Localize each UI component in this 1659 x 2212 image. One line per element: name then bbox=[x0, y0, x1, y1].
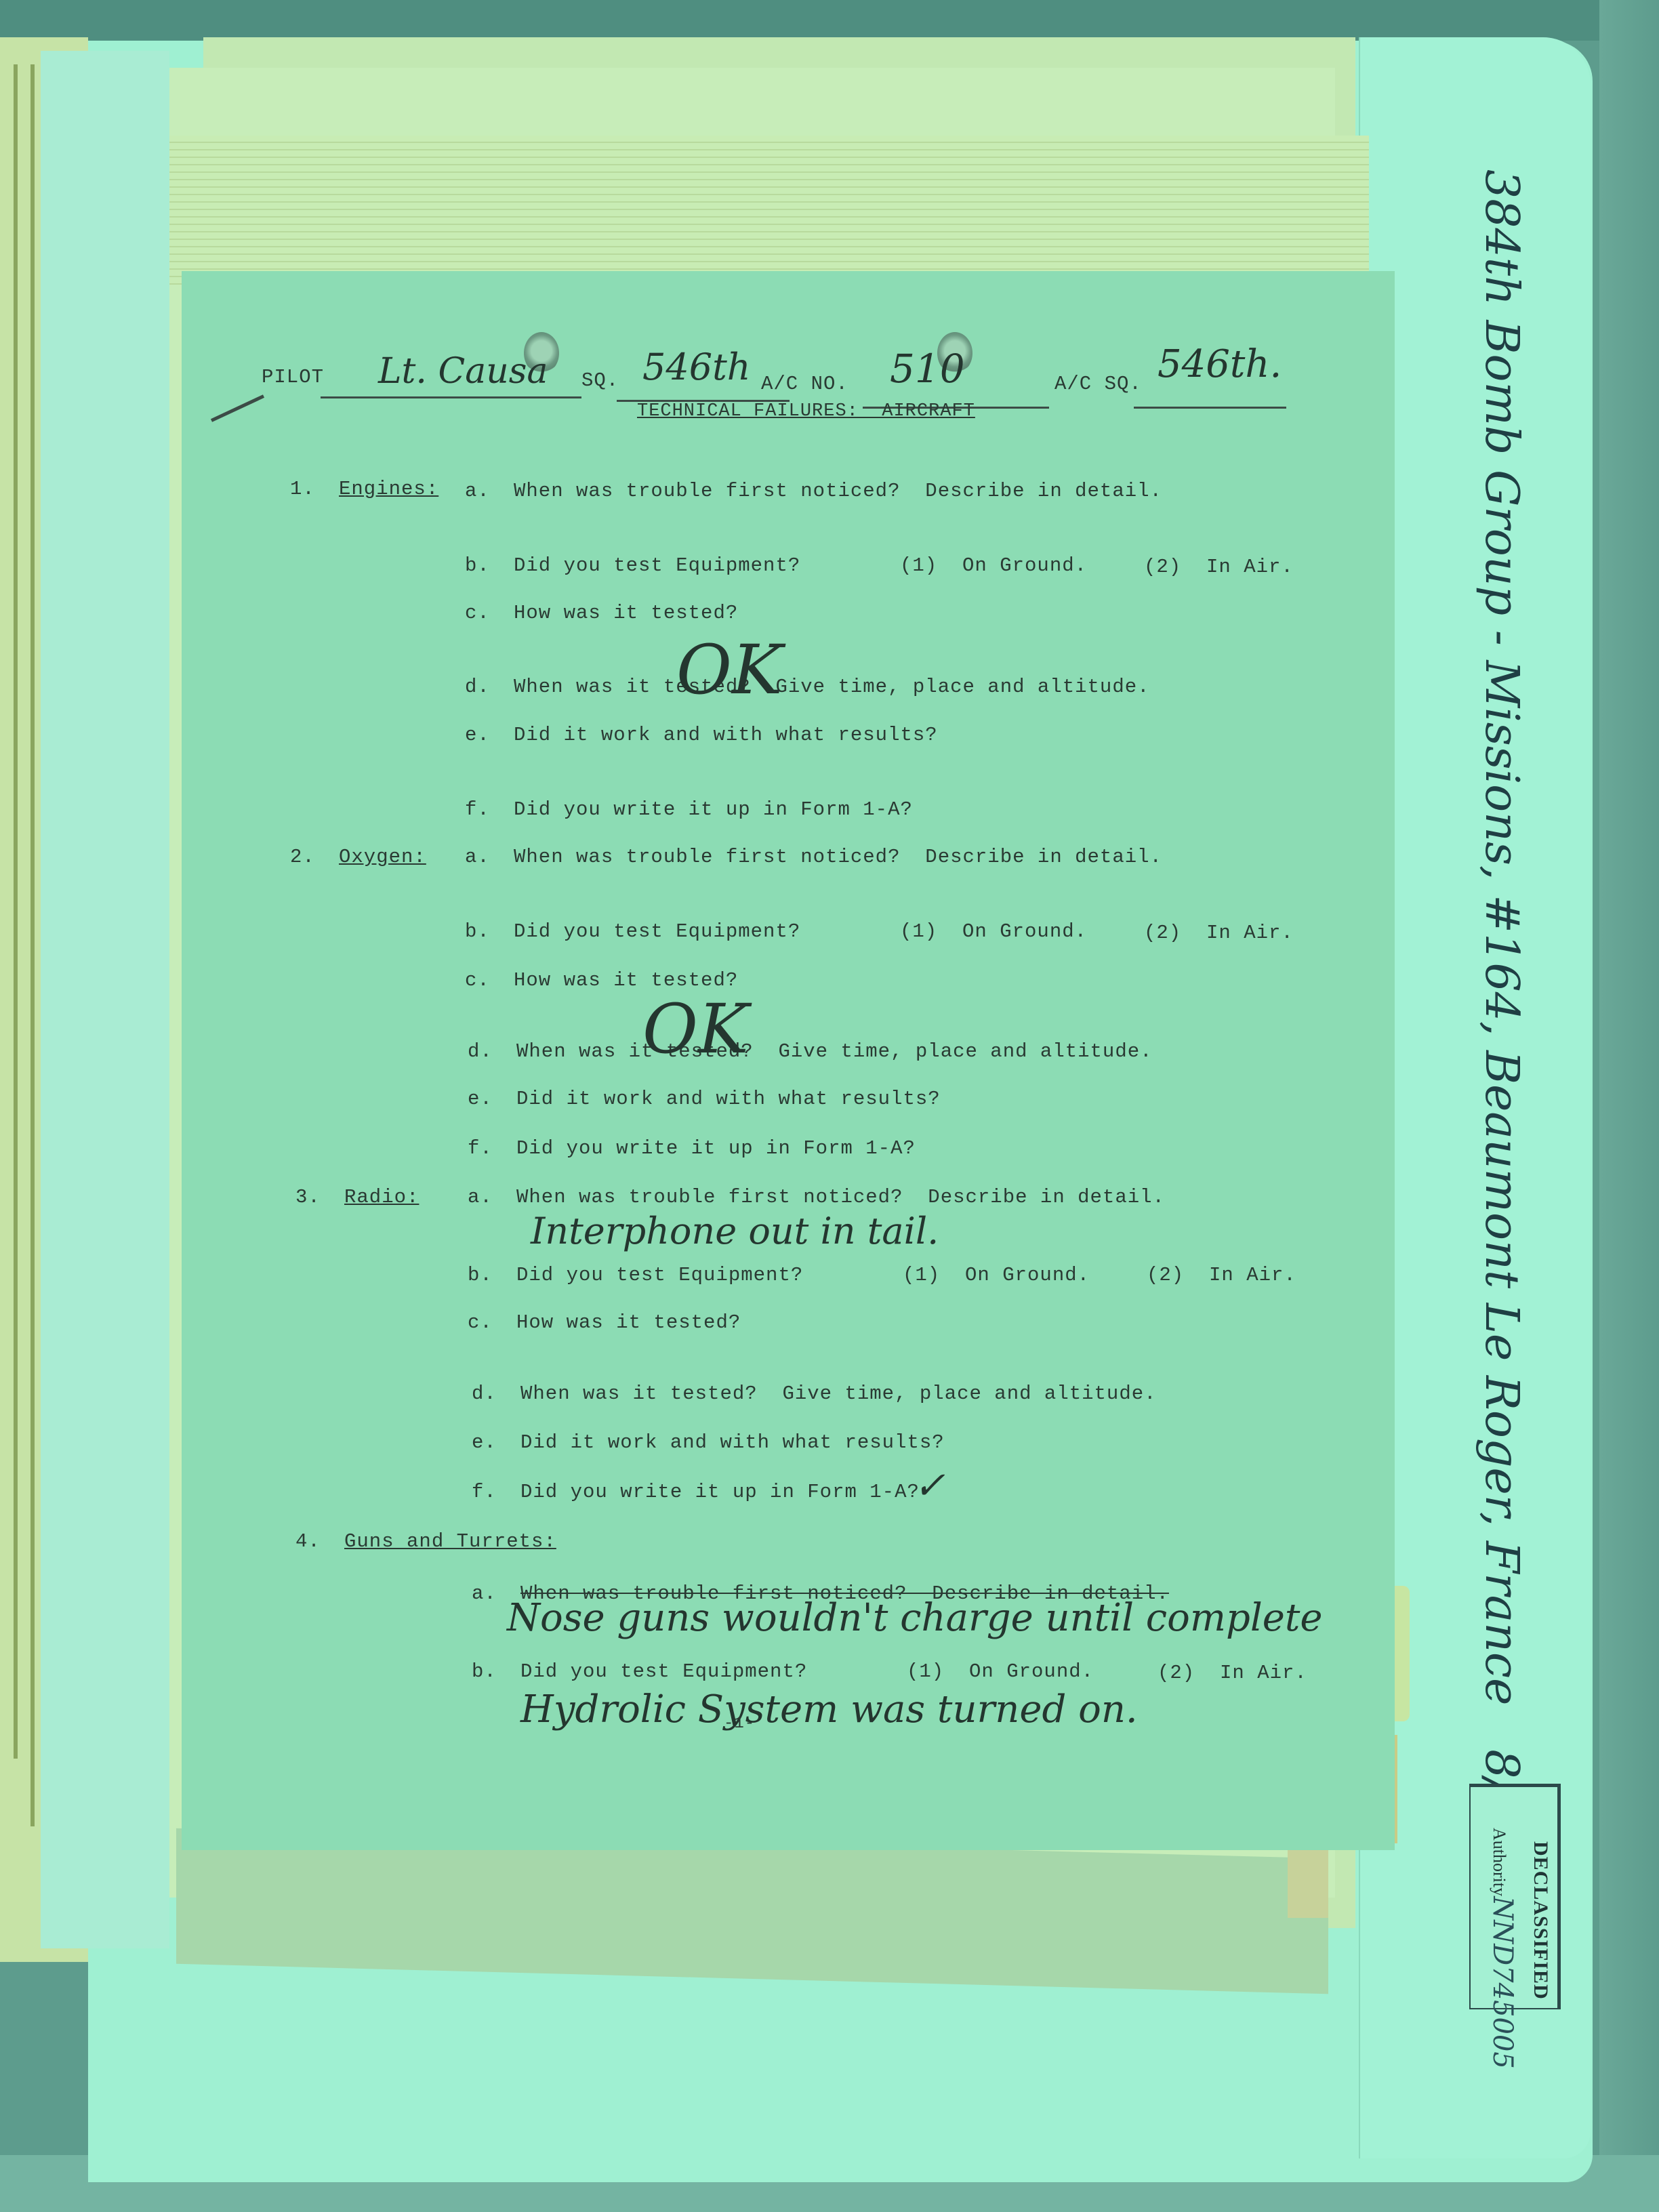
question-letter: e. bbox=[468, 1088, 493, 1110]
option-in-air[interactable]: (2) In Air. bbox=[1144, 556, 1294, 578]
question-letter: d. bbox=[472, 1382, 497, 1405]
form-title: TECHNICAL FAILURES: AIRCRAFT bbox=[637, 401, 975, 422]
option-in-air[interactable]: (2) In Air. bbox=[1158, 1662, 1307, 1684]
option-on-ground[interactable]: (1) On Ground. bbox=[903, 1264, 1090, 1286]
authority-label: Authority bbox=[1490, 1828, 1509, 1896]
question-text: Did you write it up in Form 1-A? bbox=[516, 1137, 916, 1160]
handwritten-ok[interactable]: OK bbox=[642, 989, 749, 1069]
question-letter: b. bbox=[465, 920, 490, 943]
page-number: -1- bbox=[724, 1715, 755, 1733]
ac-no-value[interactable]: 510 bbox=[890, 346, 965, 392]
question-text: Did you write it up in Form 1-A? bbox=[514, 798, 913, 821]
underlying-sheet-corner bbox=[1288, 1850, 1328, 1918]
question-text: Did you write it up in Form 1-A? bbox=[520, 1481, 920, 1503]
question-letter: e. bbox=[472, 1431, 497, 1454]
question-text: Did you test Equipment? bbox=[520, 1660, 807, 1683]
folder-edge bbox=[14, 64, 18, 1759]
question-letter: a. bbox=[468, 1186, 493, 1208]
question-text: Did you test Equipment? bbox=[516, 1264, 803, 1286]
question-text: Did it work and with what results? bbox=[514, 724, 938, 746]
question-letter: c. bbox=[465, 602, 490, 624]
question-letter: b. bbox=[465, 554, 490, 577]
question-text: How was it tested? bbox=[516, 1311, 741, 1334]
table-surface-top bbox=[0, 0, 1659, 41]
folder-edge bbox=[30, 64, 35, 1826]
stamp-authority: AuthorityNND745005 bbox=[1487, 1828, 1518, 2069]
question-text: Did you test Equipment? bbox=[514, 554, 800, 577]
question-text: How was it tested? bbox=[514, 969, 738, 991]
ac-sq-field-line bbox=[1134, 407, 1286, 409]
question-letter: f. bbox=[472, 1481, 497, 1503]
question-letter: d. bbox=[465, 676, 490, 698]
option-on-ground[interactable]: (1) On Ground. bbox=[900, 554, 1087, 577]
question-text: Did it work and with what results? bbox=[516, 1088, 941, 1110]
section-number: 1. bbox=[290, 478, 315, 500]
question-text: When was it tested? Give time, place and… bbox=[514, 676, 1150, 698]
section-title-guns: Guns and Turrets: bbox=[344, 1530, 556, 1553]
report-page: PILOT Lt. Causa SQ. 546th A/C NO. 510 A/… bbox=[182, 271, 1395, 1850]
question-letter: b. bbox=[472, 1660, 497, 1683]
question-letter: a. bbox=[472, 1582, 497, 1605]
question-text: When was trouble first noticed? Describe… bbox=[514, 480, 1162, 502]
ac-no-label: A/C NO. bbox=[761, 373, 848, 395]
pilot-field-line bbox=[321, 396, 581, 398]
pen-mark bbox=[211, 394, 264, 422]
pilot-label: PILOT bbox=[262, 366, 324, 388]
option-in-air[interactable]: (2) In Air. bbox=[1144, 922, 1294, 944]
pilot-value[interactable]: Lt. Causa bbox=[378, 351, 548, 392]
question-text: When was it tested? Give time, place and… bbox=[516, 1040, 1153, 1063]
folder-label: 384th Bomb Group - Missions, #164, Beaum… bbox=[1467, 169, 1528, 1830]
stamp-title: DECLASSIFIED bbox=[1529, 1841, 1552, 2000]
option-on-ground[interactable]: (1) On Ground. bbox=[907, 1660, 1094, 1683]
question-text: When was trouble first noticed? Describe… bbox=[514, 846, 1162, 868]
question-text: How was it tested? bbox=[514, 602, 738, 624]
question-text: When was it tested? Give time, place and… bbox=[520, 1382, 1157, 1405]
declassified-stamp: DECLASSIFIED AuthorityNND745005 bbox=[1469, 1784, 1561, 2009]
question-letter: a. bbox=[465, 846, 490, 868]
question-letter: e. bbox=[465, 724, 490, 746]
question-letter: c. bbox=[465, 969, 490, 991]
ac-sq-value[interactable]: 546th. bbox=[1158, 342, 1282, 386]
option-in-air[interactable]: (2) In Air. bbox=[1147, 1264, 1296, 1286]
section-number: 3. bbox=[295, 1186, 321, 1208]
section-title-radio: Radio: bbox=[344, 1186, 419, 1208]
question-letter: f. bbox=[468, 1137, 493, 1160]
sq-value[interactable]: 546th bbox=[642, 346, 751, 388]
option-on-ground[interactable]: (1) On Ground. bbox=[900, 920, 1087, 943]
handwritten-answer[interactable]: Hydrolic System was turned on. bbox=[520, 1687, 1138, 1732]
question-letter: b. bbox=[468, 1264, 493, 1286]
section-number: 2. bbox=[290, 846, 315, 868]
ac-sq-label: A/C SQ. bbox=[1054, 373, 1142, 395]
question-text: Did it work and with what results? bbox=[520, 1431, 945, 1454]
section-number: 4. bbox=[295, 1530, 321, 1553]
section-title-engines: Engines: bbox=[339, 478, 438, 500]
sq-label: SQ. bbox=[581, 369, 619, 392]
handwritten-ok[interactable]: OK bbox=[676, 630, 783, 710]
check-mark-icon[interactable]: ✓ bbox=[914, 1464, 945, 1508]
paper-stack-edges bbox=[169, 136, 1369, 285]
section-title-oxygen: Oxygen: bbox=[339, 846, 426, 868]
table-surface-right bbox=[1599, 0, 1659, 2212]
question-text: Did you test Equipment? bbox=[514, 920, 800, 943]
authority-number: NND745005 bbox=[1487, 1896, 1518, 2069]
question-letter: f. bbox=[465, 798, 490, 821]
handwritten-answer[interactable]: Nose guns wouldn't charge until complete bbox=[507, 1596, 1323, 1640]
handwritten-answer[interactable]: Interphone out in tail. bbox=[531, 1210, 939, 1252]
question-letter: c. bbox=[468, 1311, 493, 1334]
question-letter: d. bbox=[468, 1040, 493, 1063]
question-text: When was trouble first noticed? Describe… bbox=[516, 1186, 1165, 1208]
question-letter: a. bbox=[465, 480, 490, 502]
folder-left-flap bbox=[41, 51, 169, 1948]
